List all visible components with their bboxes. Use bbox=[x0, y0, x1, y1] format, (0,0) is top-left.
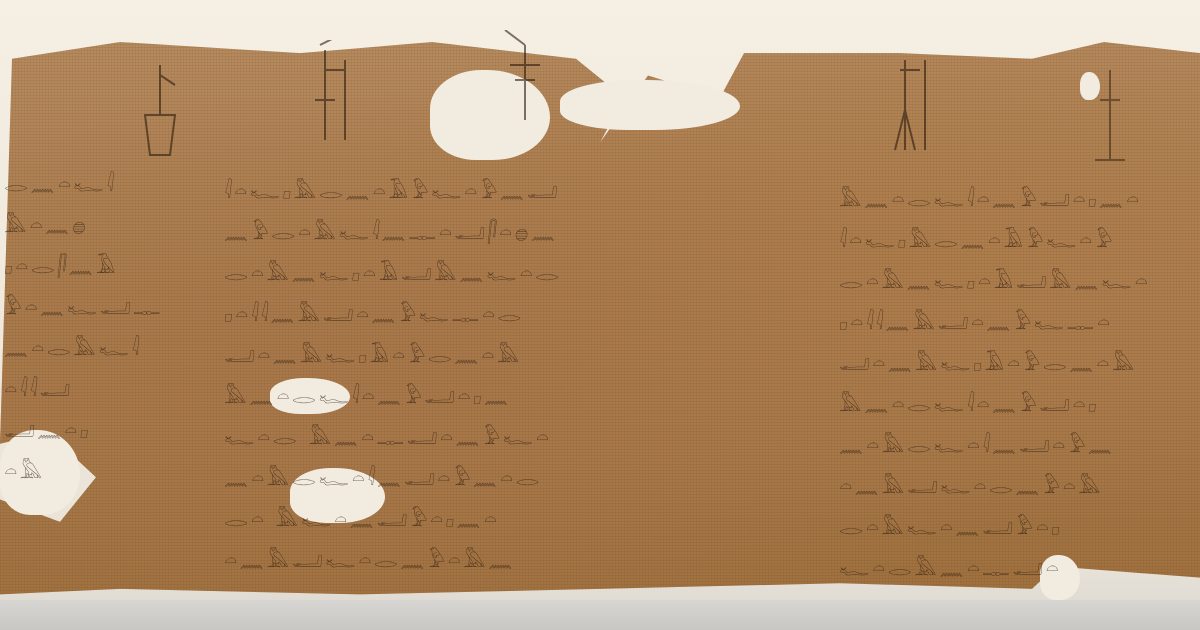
deity-figure-icon bbox=[880, 50, 940, 160]
hieratic-line: 𓆑𓏏𓂋 𓅓𓈖𓏏𓊃𓂝𓏏𓈖𓅱𓆑𓏏 bbox=[223, 418, 564, 451]
hieratic-line: 𓆑𓏏𓂋𓅓𓈖𓏏𓊃𓂝𓏏 bbox=[838, 549, 1152, 582]
text-column-center: 𓇋𓏏𓆑𓊪𓅓𓂋𓈖𓏏𓄿𓅱𓆑𓏏𓅱𓈖𓂝 𓈖𓅱𓂋𓏏𓅓𓆑𓇋𓈖𓊃𓏏𓂝𓋴𓏏𓐍𓈖 𓂋𓏏𓅓𓈖𓆑𓊪𓏏𓄿… bbox=[225, 172, 563, 574]
hieratic-line: 𓅱𓏏𓈖𓆑𓂝𓊃 bbox=[3, 288, 166, 321]
hieratic-line: 𓊪𓏏𓂋𓋴𓈖𓄿 bbox=[3, 247, 166, 280]
hieratic-line: 𓏏𓇋𓇋𓂝 bbox=[3, 370, 166, 403]
hieratic-line: 𓏏𓈖𓅓𓂝𓆑𓏏𓂋𓈖𓅱𓏏𓅓𓈖 bbox=[223, 541, 564, 574]
hieratic-line: 𓊪𓏏𓇋𓇋𓈖𓅓𓂝𓏏𓈖𓅱𓆑𓊃𓏏𓂋 bbox=[223, 295, 564, 328]
damage-hole bbox=[560, 80, 740, 130]
hieratic-line: 𓂋𓏏 𓅓𓆑𓏏𓈖𓂝𓅱𓏏𓊪𓈖𓏏 bbox=[223, 500, 564, 533]
deity-figure-icon bbox=[130, 55, 190, 165]
hieratic-line: 𓂝𓏏𓈖𓅓𓆑𓊪𓄿𓏏𓅱𓂋𓈖𓏏𓅓 bbox=[838, 344, 1152, 377]
display-mount bbox=[0, 600, 1200, 630]
hieratic-line: 𓂝𓏏𓈖𓅓𓆑𓊪𓄿𓏏𓅱𓂋𓈖𓏏𓅓 bbox=[223, 336, 564, 369]
hieratic-line: 𓂋𓏏𓅓𓈖𓆑𓊪𓏏𓄿𓂝𓅓𓈖𓆑𓏏𓂋 bbox=[223, 254, 564, 287]
hieratic-line: 𓈖𓏏𓅓𓂋𓆑𓏏𓇋𓈖𓂝𓏏𓅱𓈖 bbox=[838, 426, 1152, 459]
text-column-right: 𓅓𓈖𓏏𓂋𓆑𓇋𓏏𓈖𓅱𓂝𓏏𓊪𓈖𓏏 𓇋𓏏𓆑𓊪𓅓𓂋𓈖𓏏𓄿𓅱𓆑𓏏𓅱 𓂋𓏏𓅓𓈖𓆑𓊪𓏏𓄿𓂝𓅓𓈖… bbox=[840, 180, 1151, 582]
hieratic-line: 𓏏𓈖𓅓𓂝𓆑𓏏𓂋𓈖𓅱𓏏𓅓 bbox=[838, 467, 1152, 500]
deity-figure-icon bbox=[300, 40, 360, 150]
hieratic-line: 𓅓𓈖𓏏𓂋𓆑𓇋𓏏𓈖𓅱𓂝𓏏𓊪𓈖 bbox=[223, 377, 564, 410]
hieratic-line: 𓈖𓏏𓂋𓅓𓆑𓇋 bbox=[3, 329, 166, 362]
hieratic-line: 𓇋𓏏𓆑𓊪𓅓𓂋𓈖𓏏𓄿𓅱𓆑𓏏𓅱𓈖𓂝 bbox=[223, 172, 564, 205]
hieratic-line: 𓅓𓈖𓏏𓂋𓆑𓇋𓏏𓈖𓅱𓂝𓏏𓊪 bbox=[838, 385, 1152, 418]
deity-figure-icon bbox=[495, 30, 555, 140]
text-column-left: 𓂋𓈖𓏏𓆑𓇋 𓅓𓏏𓈖𓐍 𓊪𓏏𓂋𓋴𓈖𓄿 𓅱𓏏𓈖𓆑𓂝𓊃 𓈖𓏏𓂋𓅓𓆑𓇋 𓏏𓇋𓇋𓂝 𓂝𓈖𓏏… bbox=[5, 165, 164, 485]
deity-figure-icon bbox=[1080, 60, 1140, 170]
hieratic-line: 𓊪𓏏𓇋𓇋𓈖𓅓𓂝𓏏𓈖𓅱𓆑𓊃𓏏 bbox=[838, 303, 1152, 336]
hieratic-line: 𓂋𓈖𓏏𓆑𓇋 bbox=[3, 165, 166, 198]
hieratic-line: 𓅓𓈖𓏏𓂋𓆑𓇋𓏏𓈖𓅱𓂝𓏏𓊪𓈖𓏏 bbox=[838, 180, 1152, 213]
hieratic-line: 𓇋𓏏𓆑𓊪𓅓𓂋𓈖𓏏𓄿𓅱𓆑𓏏𓅱 bbox=[838, 221, 1152, 254]
hieratic-line: 𓂋𓏏𓅓𓈖𓆑𓊪𓏏𓄿𓂝𓅓𓈖𓆑𓏏 bbox=[838, 262, 1152, 295]
hieratic-line: 𓂝𓈖𓏏𓊪 bbox=[3, 411, 166, 444]
hieratic-line: 𓅓𓏏𓈖𓐍 bbox=[3, 206, 166, 239]
hieratic-line: 𓈖𓅱𓂋𓏏𓅓𓆑𓇋𓈖𓊃𓏏𓂝𓋴𓏏𓐍𓈖 bbox=[223, 213, 564, 246]
hieratic-line: 𓂋𓏏𓅓𓆑𓏏𓈖𓂝𓅱𓏏𓊪 bbox=[838, 508, 1152, 541]
hieratic-line: 𓏏𓅓 bbox=[3, 452, 166, 485]
hieratic-line: 𓈖𓏏𓅓𓂋𓆑𓏏𓇋𓈖𓂝𓏏𓅱𓈖𓏏𓂋 bbox=[223, 459, 564, 492]
